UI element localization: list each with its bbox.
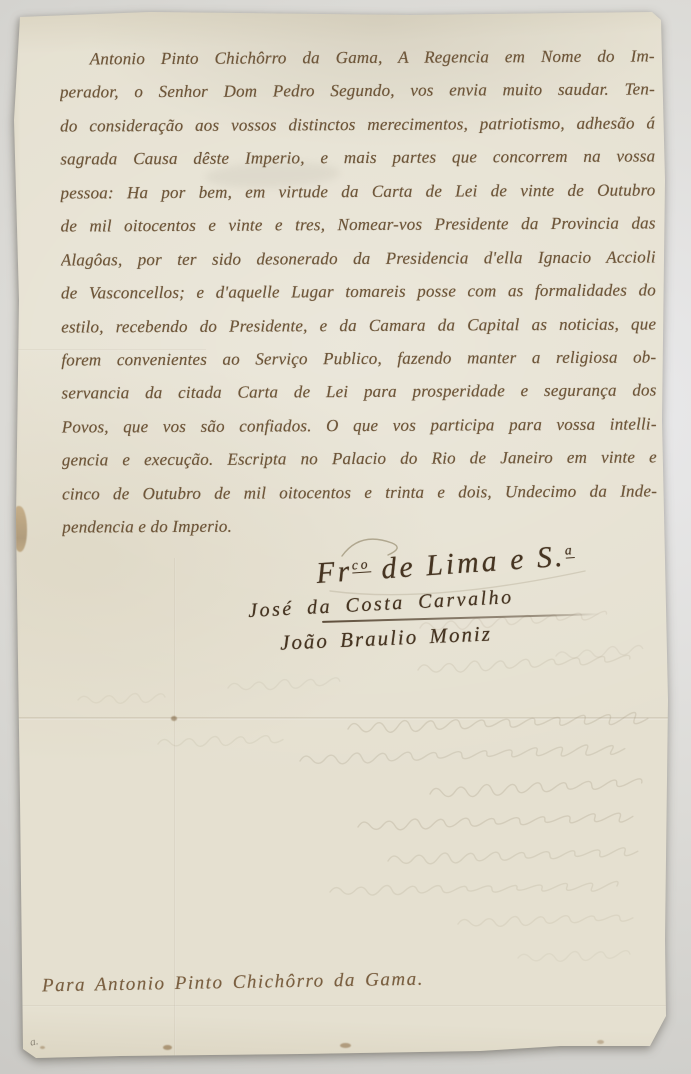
corner-annotation: a. [29,1035,40,1048]
photograph-background: Antonio Pinto Chichôrro da Gama, A Regen… [0,0,691,1074]
addressee-line: Para Antonio Pinto Chichôrro da Gama. [42,969,424,998]
letter-line: sagrada Causa dêste Imperio, e mais part… [60,140,655,177]
letter-line: Alagôas, por ter sido desonerado da Pres… [61,240,656,277]
signature-francisco-lima-e-silva: Frco de Lima e S.a [315,539,576,591]
letter-line: do consideração aos vossos distinctos me… [60,106,655,143]
letter-line: Antonio Pinto Chichôrro da Gama, A Regen… [60,39,655,76]
signature-text: Fr [315,555,353,590]
fold-crease-intersection-mark [171,716,177,721]
letter-line: perador, o Senhor Dom Pedro Segundo, vos… [60,73,655,110]
edge-stain [12,506,27,552]
letter-line: Povos, que vos são confiados. O que vos … [62,407,657,444]
foxing-spot [40,1046,45,1049]
letter-line: de Vasconcellos; e d'aquelle Lugar tomar… [61,274,656,311]
letter-body: Antonio Pinto Chichôrro da Gama, A Regen… [60,39,658,544]
manuscript-paper: Antonio Pinto Chichôrro da Gama, A Regen… [0,0,691,1074]
fold-crease-horizontal [16,717,668,720]
letter-line: forem convenientes ao Serviço Publico, f… [61,340,656,377]
letter-line: pessoa: Ha por bem, em virtude da Carta … [60,173,655,210]
signature-joao-braulio-moniz: João Braulio Moniz [280,621,493,655]
foxing-spot [597,1040,604,1044]
foxing-spot [340,1043,351,1048]
signature-superscript: co [351,556,371,573]
letter-line: gencia e execução. Escripta no Palacio d… [62,441,657,478]
letter-line: de mil oitocentos e vinte e tres, Nomear… [61,207,656,244]
signature-text: de Lima e S. [370,540,567,587]
letter-line: servancia da citada Carta de Lei para pr… [61,374,656,411]
fold-crease-horizontal-bottom [18,1005,666,1007]
signature-superscript: a [564,542,575,559]
foxing-spot [163,1045,172,1050]
letter-line: estilo, recebendo do Presidente, e da Ca… [61,307,656,344]
paper-shadow: Antonio Pinto Chichôrro da Gama, A Regen… [0,0,691,1074]
letter-line: cinco de Outubro de mil oitocentos e tri… [62,474,657,511]
